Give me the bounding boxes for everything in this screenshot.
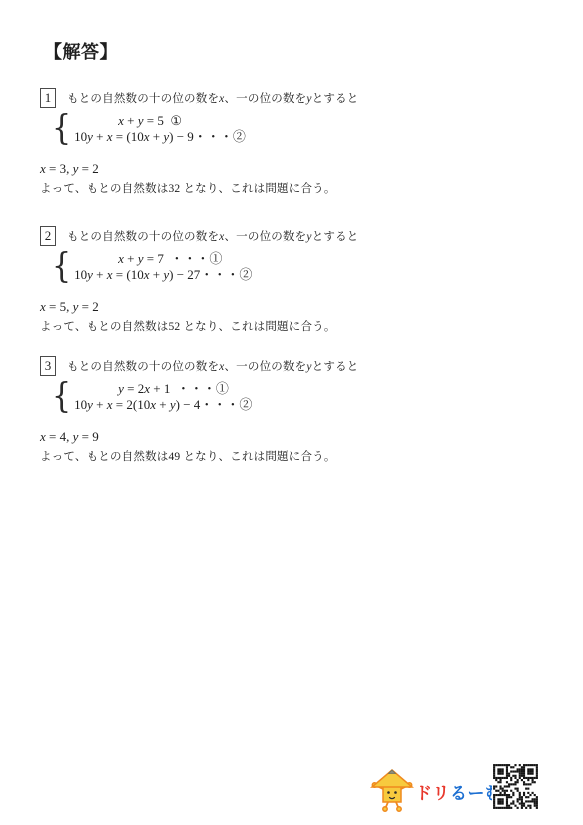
equation-list: x + y = 7 ・・・① 10y + x = (10x + y) − 27・…	[74, 251, 252, 284]
solution-text: x = 3, y = 2	[40, 161, 520, 177]
problem-3-header-row: 3 もとの自然数の十の位の数をx、一の位の数をyとすると	[40, 356, 520, 376]
problem-statement: もとの自然数の十の位の数をx、一の位の数をyとすると	[67, 228, 359, 244]
problem-3-section: 3 もとの自然数の十の位の数をx、一の位の数をyとすると { y = 2x + …	[40, 356, 520, 464]
equation-second: 10y + x = (10x + y) − 9・・・②	[74, 129, 246, 146]
equation-list: y = 2x + 1 ・・・① 10y + x = 2(10x + y) − 4…	[74, 381, 252, 414]
equation-second: 10y + x = 2(10x + y) − 4・・・②	[74, 397, 252, 414]
problem-2-header-row: 2 もとの自然数の十の位の数をx、一の位の数をyとすると	[40, 226, 520, 246]
equation-system: { x + y = 5 ① 10y + x = (10x + y) − 9・・・…	[52, 112, 520, 146]
equation-first: y = 2x + 1 ・・・①	[74, 381, 252, 398]
problem-number-box: 1	[40, 88, 56, 108]
problem-statement: もとの自然数の十の位の数をx、一の位の数をyとすると	[67, 90, 359, 106]
conclusion-text: よって、もとの自然数は32 となり、これは問題に合う。	[40, 180, 520, 196]
equation-first: x + y = 5 ①	[74, 113, 246, 130]
system-brace-icon: {	[52, 377, 71, 416]
problem-1-section: 1 もとの自然数の十の位の数をx、一の位の数をyとすると { x + y = 5…	[40, 88, 520, 196]
equation-second: 10y + x = (10x + y) − 27・・・②	[74, 267, 252, 284]
pencil-mascot-icon	[370, 768, 414, 812]
equation-system: { x + y = 7 ・・・① 10y + x = (10x + y) − 2…	[52, 250, 520, 284]
answer-sheet-page: 【解答】 1 もとの自然数の十の位の数をx、一の位の数をyとすると { x + …	[0, 0, 583, 825]
page-title: 【解答】	[44, 38, 118, 64]
problem-1-header-row: 1 もとの自然数の十の位の数をx、一の位の数をyとすると	[40, 88, 520, 108]
equation-first: x + y = 7 ・・・①	[74, 251, 252, 268]
qr-code	[492, 763, 539, 810]
brand-name: ドリるーむ	[415, 779, 503, 804]
system-brace-icon: {	[52, 247, 71, 286]
conclusion-text: よって、もとの自然数は52 となり、これは問題に合う。	[40, 318, 520, 334]
solution-text: x = 5, y = 2	[40, 299, 520, 315]
system-brace-icon: {	[52, 109, 71, 148]
conclusion-text: よって、もとの自然数は49 となり、これは問題に合う。	[40, 448, 520, 464]
problem-number-box: 2	[40, 226, 56, 246]
problem-number-box: 3	[40, 356, 56, 376]
problem-2-section: 2 もとの自然数の十の位の数をx、一の位の数をyとすると { x + y = 7…	[40, 226, 520, 334]
equation-list: x + y = 5 ① 10y + x = (10x + y) − 9・・・②	[74, 113, 246, 146]
brand-name-red: ドリ	[415, 784, 450, 803]
problem-statement: もとの自然数の十の位の数をx、一の位の数をyとすると	[67, 358, 359, 374]
equation-system: { y = 2x + 1 ・・・① 10y + x = 2(10x + y) −…	[52, 380, 520, 414]
solution-text: x = 4, y = 9	[40, 429, 520, 445]
